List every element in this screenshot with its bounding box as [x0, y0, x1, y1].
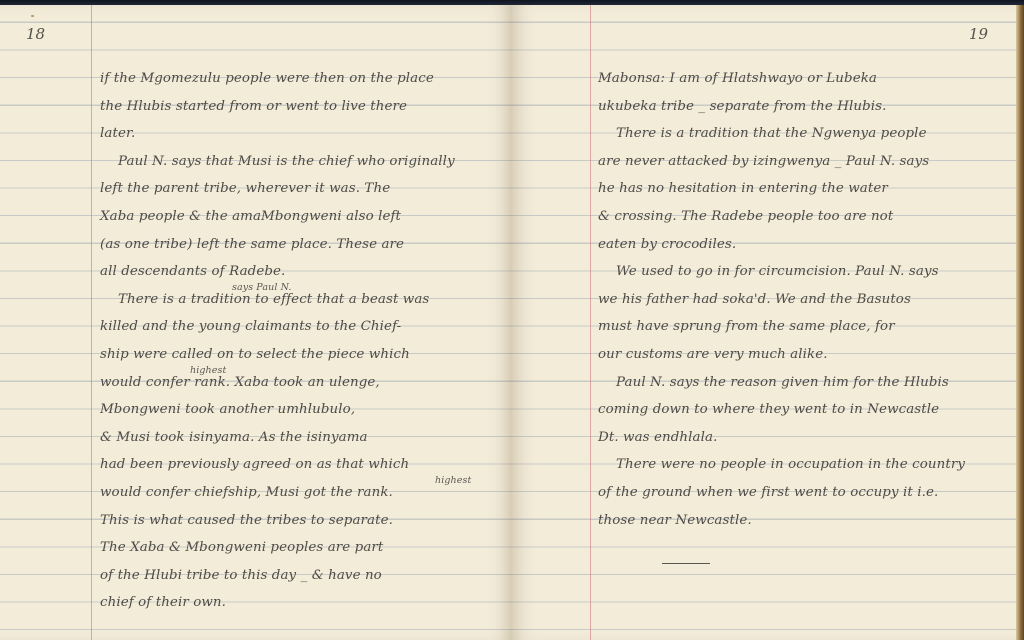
text-line: later. — [100, 120, 500, 148]
binding-mark — [31, 15, 34, 17]
text-line: chief of their own. — [100, 589, 500, 617]
text-line: eaten by crocodiles. — [598, 231, 1010, 259]
page-number: 18 — [26, 25, 45, 43]
text-line: Mabonsa: I am of Hlatshwayo or Lubeka — [598, 65, 1010, 93]
text-line: we his father had soka'd. We and the Bas… — [598, 286, 1010, 314]
text-line: coming down to where they went to in New… — [598, 396, 1010, 424]
text-line: (as one tribe) left the same place. Thes… — [100, 231, 500, 259]
text-line: Paul N. says the reason given him for th… — [598, 369, 1010, 397]
text-line: & Musi took isinyama. As the isinyama — [100, 424, 500, 452]
text-line: would confer chiefship, Musi got the ran… — [100, 485, 393, 500]
text-line: must have sprung from the same place, fo… — [598, 313, 1010, 341]
text-line: This is what caused the tribes to separa… — [100, 507, 500, 535]
text-line-with-insertion: says Paul N. There is a tradition to eff… — [100, 286, 500, 314]
text-line: all descendants of Radebe. — [100, 258, 500, 286]
handwritten-text: if the Mgomezulu people were then on the… — [100, 65, 500, 617]
margin-rule — [590, 5, 591, 640]
text-line: the Hlubis started from or went to live … — [100, 93, 500, 121]
text-line: are never attacked by izingwenya _ Paul … — [598, 148, 1010, 176]
text-line: would confer rank. Xaba took an ulenge, — [100, 375, 380, 390]
insertion-note: says Paul N. — [232, 274, 292, 302]
text-line: left the parent tribe, wherever it was. … — [100, 175, 500, 203]
right-page: 19 Mabonsa: I am of Hlatshwayo or Lubeka… — [512, 5, 1024, 640]
text-line: Paul N. says that Musi is the chief who … — [100, 148, 500, 176]
handwritten-text: Mabonsa: I am of Hlatshwayo or Lubeka uk… — [598, 65, 1010, 534]
text-line: if the Mgomezulu people were then on the… — [100, 65, 500, 93]
text-line: ship were called on to select the piece … — [100, 341, 500, 369]
text-line: of the ground when we first went to occu… — [598, 479, 1010, 507]
text-line: There is a tradition that the Ngwenya pe… — [598, 120, 1010, 148]
text-line-with-insertion: highest would confer rank. Xaba took an … — [100, 369, 500, 397]
text-line: he has no hesitation in entering the wat… — [598, 175, 1010, 203]
text-line-with-insertion: highest would confer chiefship, Musi got… — [100, 479, 500, 507]
text-line: of the Hlubi tribe to this day _ & have … — [100, 562, 500, 590]
text-line: ukubeka tribe _ separate from the Hlubis… — [598, 93, 1010, 121]
text-line: Mbongweni took another umhlubulo, — [100, 396, 500, 424]
text-line: killed and the young claimants to the Ch… — [100, 313, 500, 341]
notebook-spread: 18 if the Mgomezulu people were then on … — [0, 5, 1024, 640]
margin-rule — [91, 5, 92, 640]
page-number: 19 — [969, 25, 988, 43]
text-line: & crossing. The Radebe people too are no… — [598, 203, 1010, 231]
text-line: We used to go in for circumcision. Paul … — [598, 258, 1010, 286]
text-line: The Xaba & Mbongweni peoples are part — [100, 534, 500, 562]
text-line: Xaba people & the amaMbongweni also left — [100, 203, 500, 231]
insertion-note: highest — [190, 357, 226, 385]
left-page: 18 if the Mgomezulu people were then on … — [0, 5, 512, 640]
insertion-note: highest — [435, 467, 471, 495]
text-line: those near Newcastle. — [598, 507, 1010, 535]
closing-rule — [662, 563, 710, 564]
text-line: Dt. was endhlala. — [598, 424, 1010, 452]
text-line: There were no people in occupation in th… — [598, 451, 1010, 479]
text-line: our customs are very much alike. — [598, 341, 1010, 369]
